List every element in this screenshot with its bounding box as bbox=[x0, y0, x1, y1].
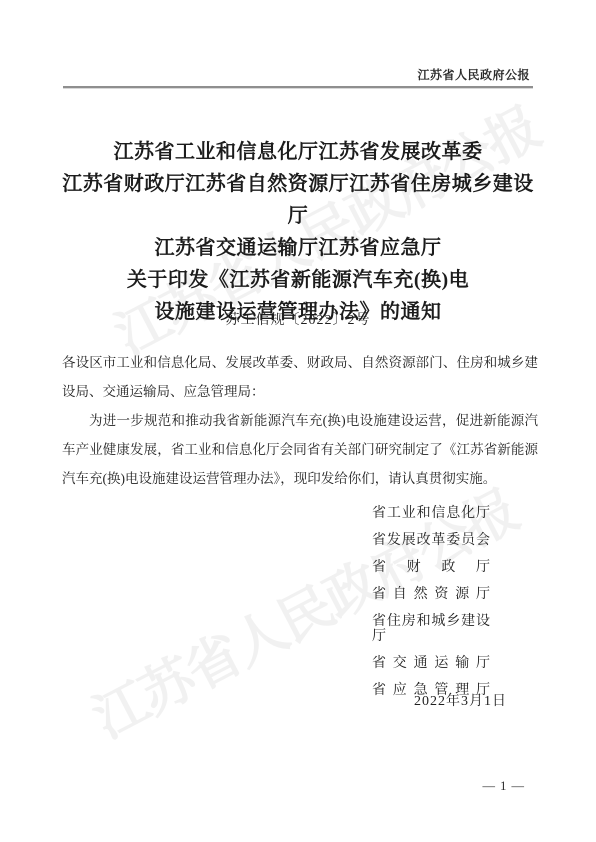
salutation: 各设区市工业和信息化局、发展改革委、财政局、自然资源部门、住房和城乡建设局、交通… bbox=[62, 348, 538, 406]
signatory: 省发展改革委员会 bbox=[372, 533, 490, 548]
masthead-rule bbox=[63, 86, 533, 89]
signatory: 省自然资源厅 bbox=[372, 587, 490, 602]
body-paragraph: 为进一步规范和推动我省新能源汽车充(换)电设施建设运营，促进新能源汽车产业健康发… bbox=[62, 406, 538, 493]
gazette-page: 江苏省人民政府公报 江苏省人民政府公报 江苏省人民政府公报 江苏省工业和信息化厅… bbox=[0, 0, 596, 842]
document-title-line: 江苏省财政厅江苏省自然资源厅江苏省住房城乡建设厅 bbox=[58, 168, 538, 232]
document-title-line: 江苏省工业和信息化厅江苏省发展改革委 bbox=[58, 136, 538, 168]
signatory: 省工业和信息化厅 bbox=[372, 506, 490, 521]
signature-block: 省工业和信息化厅 省发展改革委员会 省财政厅 省自然资源厅 省住房和城乡建设厅 … bbox=[372, 506, 490, 710]
document-title-line: 江苏省交通运输厅江苏省应急厅 bbox=[58, 232, 538, 264]
signatory: 省财政厅 bbox=[372, 560, 490, 575]
document-body: 各设区市工业和信息化局、发展改革委、财政局、自然资源部门、住房和城乡建设局、交通… bbox=[62, 348, 538, 493]
document-title: 江苏省工业和信息化厅江苏省发展改革委 江苏省财政厅江苏省自然资源厅江苏省住房城乡… bbox=[58, 136, 538, 328]
gazette-masthead: 江苏省人民政府公报 bbox=[417, 66, 530, 83]
document-title-line: 关于印发《江苏省新能源汽车充(换)电 bbox=[58, 264, 538, 296]
signatory: 省住房和城乡建设厅 bbox=[372, 614, 490, 644]
document-date: 2022年3月1日 bbox=[414, 690, 507, 710]
document-number: 苏工信规〔2022〕2号 bbox=[58, 309, 538, 329]
signatory: 省交通运输厅 bbox=[372, 656, 490, 671]
page-number: — 1 — bbox=[483, 779, 526, 794]
